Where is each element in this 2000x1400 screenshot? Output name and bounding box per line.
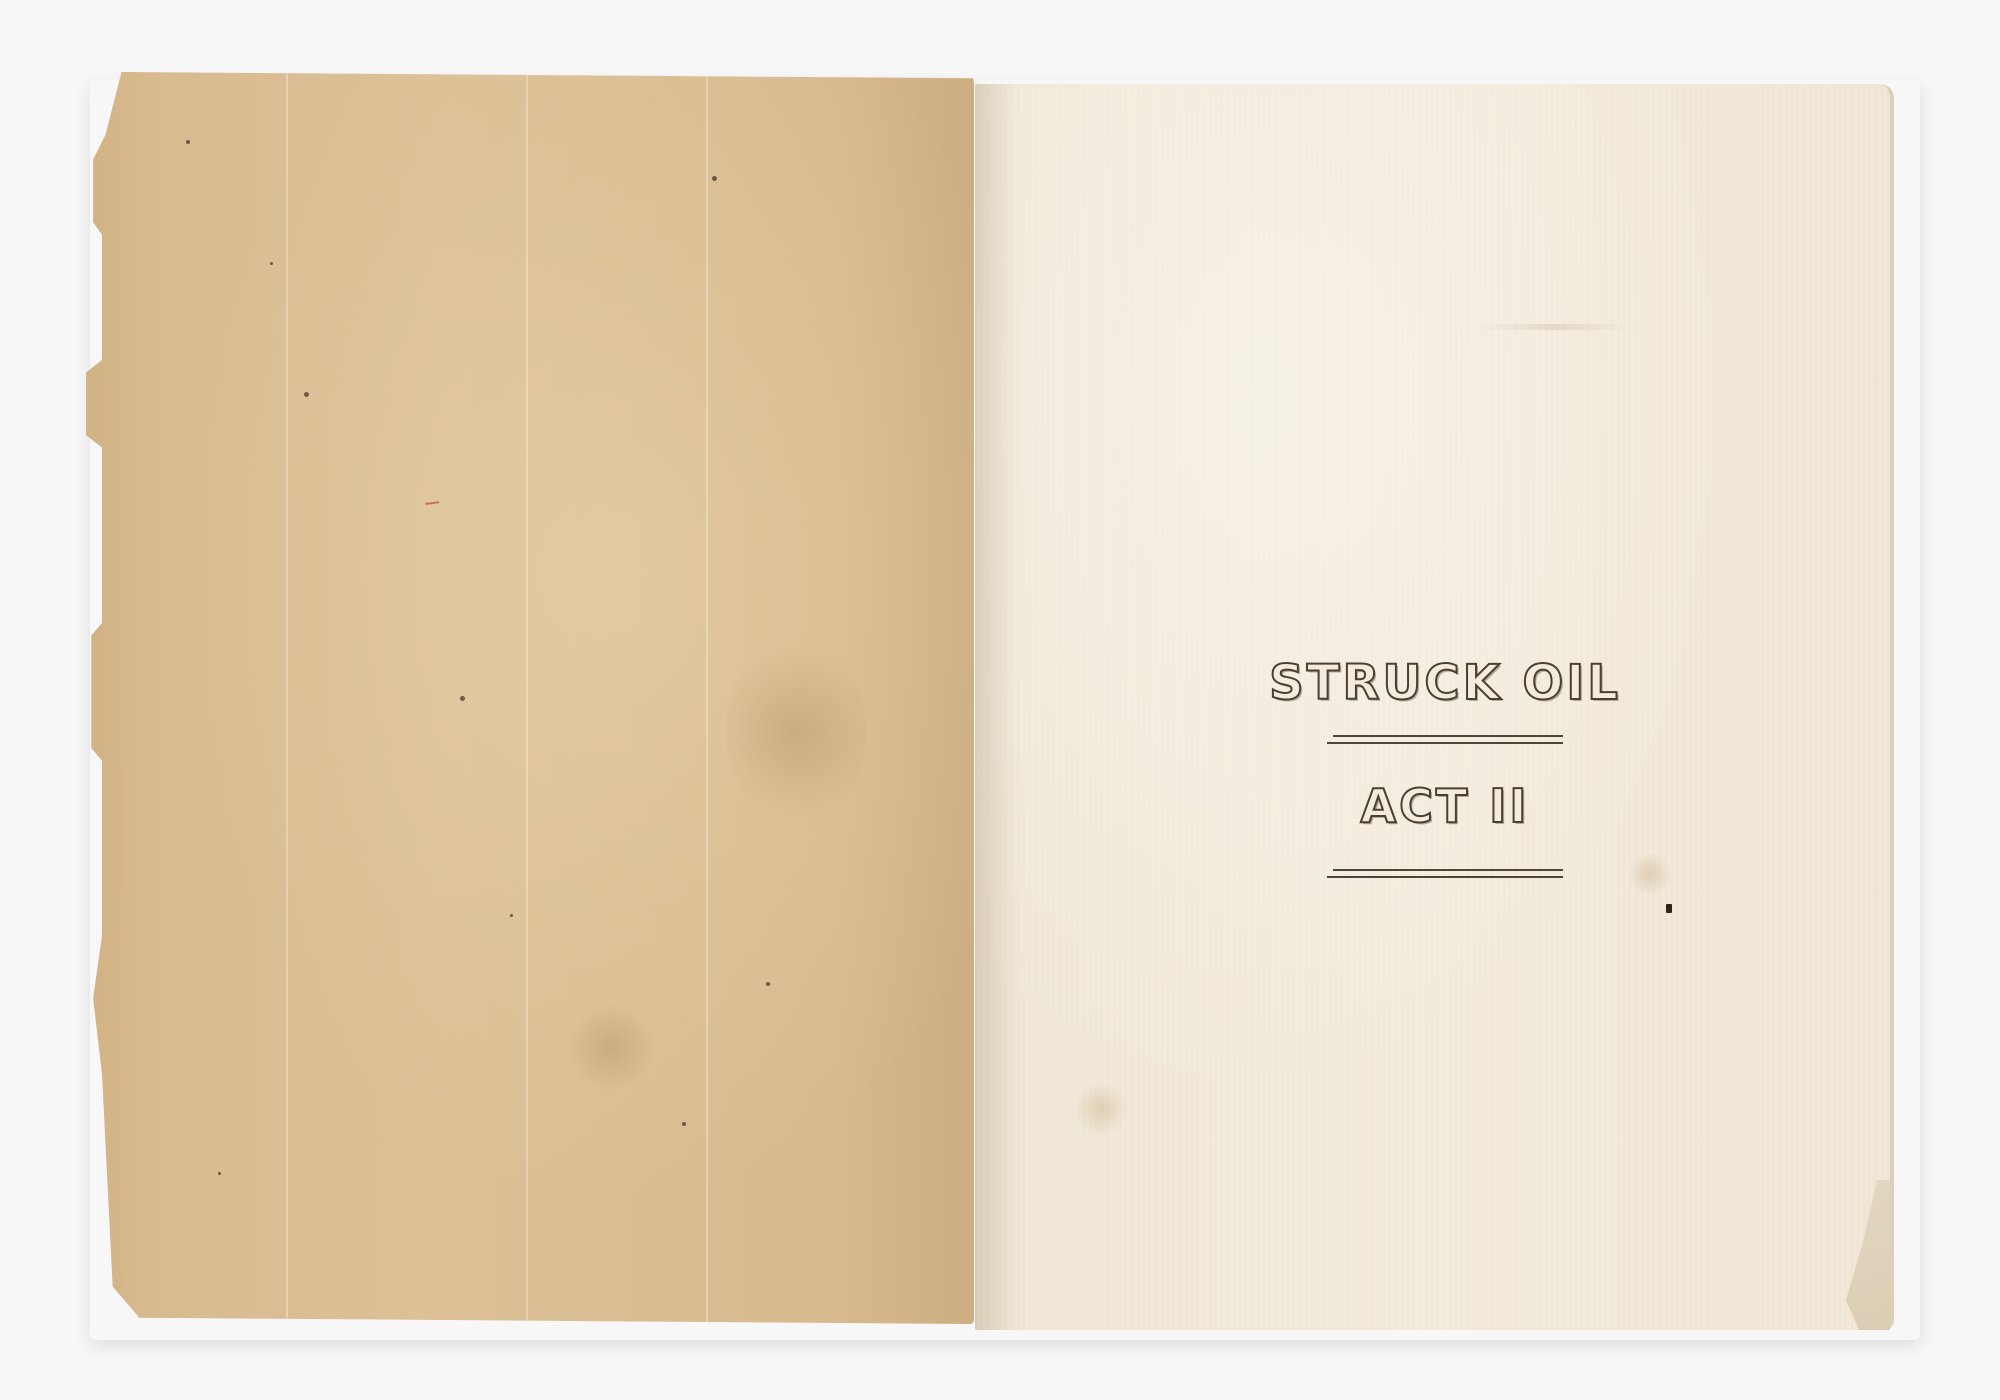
right-page-title-page: STRUCK OIL ACT II <box>975 84 1894 1330</box>
gutter-shadow <box>975 84 1015 1330</box>
ink-spot <box>1666 904 1672 913</box>
paper-stain <box>566 1002 656 1092</box>
paper-speck <box>304 392 309 397</box>
paper-speck <box>460 696 465 701</box>
paper-crease <box>706 72 708 1324</box>
double-rule-divider <box>1327 735 1563 745</box>
paper-speck <box>766 982 770 986</box>
paper-speck <box>510 914 513 917</box>
paper-speck <box>186 140 190 144</box>
paper-speck <box>712 176 717 181</box>
page-title: STRUCK OIL <box>1245 659 1645 707</box>
paper-speck <box>682 1122 686 1126</box>
act-subtitle: ACT II <box>1245 783 1645 829</box>
paper-crease <box>526 72 528 1324</box>
paper-speck <box>218 1172 221 1175</box>
paper-spot <box>1071 1084 1131 1134</box>
title-block: STRUCK OIL ACT II <box>1245 579 1645 879</box>
paper-crease <box>286 72 288 1324</box>
paper-stain <box>726 632 866 832</box>
torn-corner <box>1846 1180 1890 1330</box>
left-page-kraft-cover <box>86 72 974 1324</box>
paper-fold <box>1475 324 1635 330</box>
paper-speck <box>270 262 273 265</box>
red-pencil-mark <box>425 501 441 515</box>
double-rule-divider <box>1327 869 1563 879</box>
photo-scene: STRUCK OIL ACT II <box>0 0 2000 1400</box>
